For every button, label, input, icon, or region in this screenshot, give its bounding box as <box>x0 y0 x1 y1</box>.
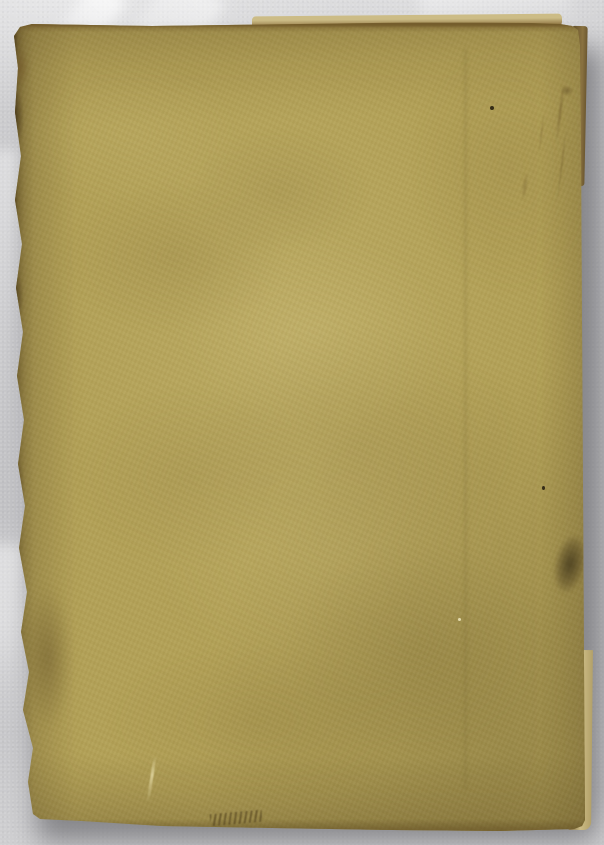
ink-speck <box>542 486 545 490</box>
booklet-cover <box>12 20 592 835</box>
show-through-line <box>464 48 467 790</box>
booklet <box>12 20 592 835</box>
ink-speck <box>490 106 494 110</box>
edge-vignette <box>12 20 592 835</box>
stain-spine-lower <box>16 565 80 750</box>
photo-of-booklet <box>0 0 604 845</box>
light-fleck <box>458 618 461 621</box>
corner-wear-top-left <box>10 44 40 102</box>
